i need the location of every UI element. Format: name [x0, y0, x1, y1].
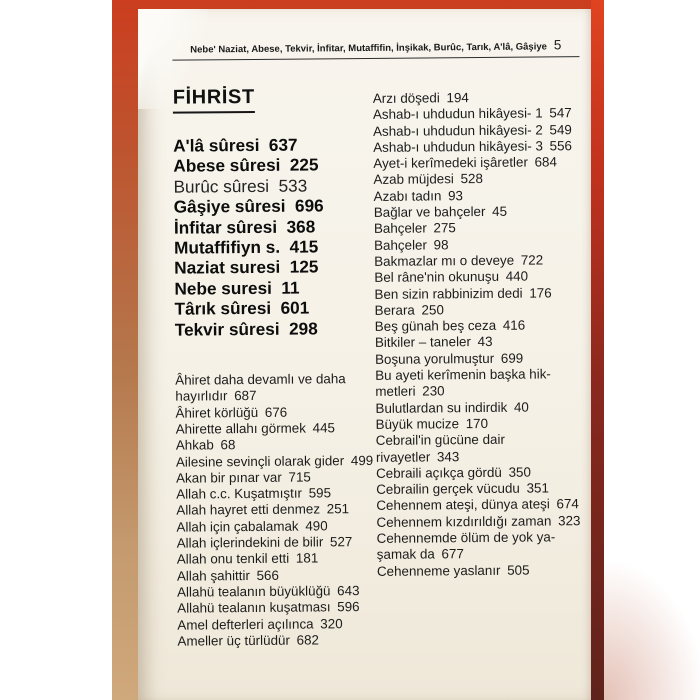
surah-page-number: 225: [290, 155, 319, 175]
index-entry: Amel defterleri açılınca320: [177, 615, 375, 633]
index-entry: Allah c.c. Kuşatmıştır595: [176, 485, 374, 503]
index-columns: FİHRİST A'lâ sûresi637 Abese sûresi225 B…: [173, 83, 585, 650]
surah-page-number: 11: [281, 277, 299, 297]
surah-row: İnfitar sûresi368: [174, 216, 372, 238]
index-entry-page-number: 687: [234, 388, 256, 403]
index-entry-text: Ailesine sevinçli olarak gider: [176, 453, 344, 469]
index-entry: Cebraili açıkça gördü350: [376, 464, 588, 482]
index-entry-text: Ashab-ı uhdudun hikâyesi- 2: [373, 122, 543, 138]
surah-row: Naziat suresi125: [174, 256, 372, 278]
index-entry-text: Cehenneme yaslanır: [377, 562, 501, 578]
index-entry-page-number: 527: [330, 534, 352, 549]
index-entry-text: Azab müjdesi: [373, 172, 454, 188]
surah-row: Gâşiye sûresi696: [174, 195, 372, 217]
index-entry-text: Beş günah beş ceza: [375, 318, 496, 334]
surah-label: Abese sûresi: [173, 155, 280, 176]
index-entry-page-number: 320: [320, 616, 342, 631]
index-entry: Ameller üç türlüdür682: [177, 632, 375, 650]
index-entry: Büyük mucize170: [376, 415, 588, 433]
index-entry-page-number: 93: [448, 188, 463, 203]
index-entry-page-number: 566: [256, 567, 278, 582]
index-entry-text: Bahçeler: [374, 221, 427, 236]
index-entry: Allah içlerindekini de bilir527: [177, 534, 375, 552]
index-entry-text: Ashab-ı uhdudun hikâyesi- 3: [373, 138, 543, 154]
index-entry-text: Ahkab: [176, 438, 214, 453]
index-entry-page-number: 176: [529, 285, 551, 300]
surah-row: Abese sûresi225: [173, 154, 371, 176]
index-entry: Beş günah beş ceza416: [375, 317, 587, 335]
index-entry: Ahkab68: [176, 436, 374, 454]
index-entry-text: Allahü tealanın kuşatması: [177, 600, 330, 616]
surah-page-number: 415: [289, 236, 318, 256]
index-entry-page-number: 549: [549, 122, 571, 137]
photo-background: Nebe' Naziat, Abese, Tekvir, İnfitar, Mu…: [0, 0, 700, 700]
index-entry-text: Ayet-i kerîmedeki işâretler: [373, 155, 528, 171]
index-entry: Allahü tealanın kuşatması596: [177, 599, 375, 617]
index-entry-text: Bu ayeti kerîmenin başka hik-metleri: [375, 366, 551, 399]
index-entry: Ailesine sevinçli olarak gider499: [176, 452, 374, 470]
index-entries-left: Âhiret daha devamlı ve daha hayırlıdır68…: [175, 371, 375, 650]
cover-reflection: [604, 540, 700, 700]
index-entry: Cebrail'in gücüne dair rivayetler343: [376, 431, 588, 465]
index-entry: Âhiret daha devamlı ve daha hayırlıdır68…: [175, 371, 373, 405]
running-header-text: Nebe' Naziat, Abese, Tekvir, İnfitar, Mu…: [190, 41, 547, 55]
surah-row: Tekvir sûresi298: [175, 318, 373, 340]
index-entry: Azabı tadın93: [374, 187, 586, 205]
surah-label: Tekvir sûresi: [175, 318, 280, 339]
index-entry-text: Boşuna yorulmuştur: [375, 351, 494, 367]
index-entry-text: Ahirette allahı görmek: [176, 420, 306, 436]
index-entry-text: Amel defterleri açılınca: [177, 616, 313, 632]
index-entry: Bitkiler – taneler43: [375, 334, 587, 352]
index-entry-text: Allah şahittir: [177, 568, 250, 584]
index-entry-page-number: 275: [433, 221, 455, 236]
index-entry: Allah hayret etti denmez251: [176, 501, 374, 519]
index-entry-text: Cehennem kızdırıldığı zaman: [376, 513, 551, 530]
index-entry: Bahçeler98: [374, 236, 586, 254]
surah-row: Burûc sûresi533: [173, 175, 371, 197]
surah-label: Târık sûresi: [175, 298, 272, 319]
index-entry: Âhiret körlüğü676: [175, 404, 373, 422]
surah-label: Gâşiye sûresi: [174, 196, 286, 217]
index-entry: Akan bir pınar var715: [176, 469, 374, 487]
index-entry: Ayet-i kerîmedeki işâretler684: [373, 154, 585, 172]
fihrist-title: FİHRİST: [173, 86, 255, 114]
surah-page-number: 125: [290, 257, 319, 277]
index-entry-text: Bulutlardan su indirdik: [375, 399, 507, 415]
index-entry-page-number: 676: [265, 404, 287, 419]
index-entry: Azab müjdesi528: [373, 171, 585, 189]
index-entry: Cehenneme yaslanır505: [377, 562, 589, 580]
index-entry-text: Cehennemde ölüm de yok ya-şamak da: [377, 529, 556, 562]
surah-row: Nebe suresi11: [174, 277, 372, 299]
index-entry: Bahçeler275: [374, 219, 586, 237]
index-entry-page-number: 170: [466, 416, 488, 431]
surah-label: Mutaffifiyn s.: [174, 237, 280, 258]
index-entry: Allah için çabalamak490: [176, 518, 374, 536]
index-entry-page-number: 250: [421, 302, 443, 317]
index-entry-text: Bel râne'nin okunuşu: [374, 269, 499, 285]
surah-row: A'lâ sûresi637: [173, 134, 371, 156]
index-entry-page-number: 194: [446, 90, 468, 105]
index-entry: Allah şahittir566: [177, 567, 375, 585]
index-entry-text: Allah onu tenkil etti: [177, 551, 290, 567]
running-header: Nebe' Naziat, Abese, Tekvir, İnfitar, Mu…: [172, 37, 579, 61]
index-entry-page-number: 499: [351, 452, 373, 467]
index-entry-text: Ben sizin rabbinizim dedi: [374, 285, 522, 301]
index-entry-page-number: 682: [297, 632, 319, 647]
index-entry-page-number: 595: [309, 485, 331, 500]
index-entry-text: Büyük mucize: [376, 416, 459, 432]
book-cover: Nebe' Naziat, Abese, Tekvir, İnfitar, Mu…: [112, 0, 604, 700]
index-entry: Ahirette allahı görmek445: [176, 420, 374, 438]
surah-label: A'lâ sûresi: [173, 135, 259, 156]
index-entry-text: Bitkiler – taneler: [375, 335, 471, 351]
book-page: Nebe' Naziat, Abese, Tekvir, İnfitar, Mu…: [138, 9, 591, 700]
index-entry: Ashab-ı uhdudun hikâyesi- 1547: [373, 105, 585, 123]
index-entry-page-number: 350: [508, 464, 530, 479]
index-entry-page-number: 351: [526, 481, 548, 496]
index-entry-page-number: 643: [337, 583, 359, 598]
index-entry-text: Cebraili açıkça gördü: [376, 465, 502, 481]
index-entry-text: Âhiret körlüğü: [175, 405, 258, 421]
index-entry: Ashab-ı uhdudun hikâyesi- 2549: [373, 122, 585, 140]
index-entry: Arzı döşedi194: [373, 89, 585, 107]
surah-page-number: 533: [278, 175, 307, 195]
index-entry-page-number: 45: [492, 204, 507, 219]
index-entry-text: Allah c.c. Kuşatmıştır: [176, 486, 302, 502]
index-entry: Bakmazlar mı o deveye722: [374, 252, 586, 270]
index-entry-text: Bağlar ve bahçeler: [374, 204, 486, 220]
index-entry-page-number: 68: [220, 437, 235, 452]
index-entry-page-number: 43: [478, 334, 493, 349]
index-entry-page-number: 715: [288, 469, 310, 484]
index-entry-text: Bahçeler: [374, 237, 427, 252]
surah-label: Burûc sûresi: [173, 176, 269, 197]
surah-page-number: 601: [280, 298, 309, 318]
index-entry: Cebrailin gerçek vücudu351: [376, 480, 588, 498]
index-entry-page-number: 230: [422, 384, 444, 399]
index-entry-page-number: 445: [313, 420, 335, 435]
surah-page-number: 696: [295, 196, 324, 216]
index-entry: Bağlar ve bahçeler45: [374, 203, 586, 221]
surah-page-number: 298: [289, 318, 318, 338]
index-entry-page-number: 181: [296, 551, 318, 566]
index-entry-page-number: 40: [514, 399, 529, 414]
header-page-number: 5: [554, 37, 562, 52]
index-entry-page-number: 251: [327, 502, 349, 517]
index-entry-page-number: 440: [506, 269, 528, 284]
index-entry-text: Ameller üç türlüdür: [177, 632, 290, 648]
index-entry-text: Bakmazlar mı o deveye: [374, 253, 514, 269]
index-entry: Cehennemde ölüm de yok ya-şamak da677: [377, 529, 589, 563]
index-entry-page-number: 343: [437, 449, 459, 464]
surah-label: İnfitar sûresi: [174, 216, 277, 237]
index-entry-page-number: 699: [501, 350, 523, 365]
index-entry-text: Allahü tealanın büyüklüğü: [177, 583, 331, 599]
index-entry: Ben sizin rabbinizim dedi176: [374, 285, 586, 303]
index-entry-page-number: 722: [521, 252, 543, 267]
page-content: Nebe' Naziat, Abese, Tekvir, İnfitar, Mu…: [138, 7, 597, 700]
index-entry-text: Allah hayret etti denmez: [176, 502, 320, 518]
index-entry-text: Azabı tadın: [374, 188, 442, 204]
index-entry-text: Âhiret daha devamlı ve daha hayırlıdır: [175, 371, 346, 404]
index-entry: Cehennem kızdırıldığı zaman323: [376, 513, 588, 531]
index-entry-text: Cehennem ateşi, dünya ateşi: [376, 497, 550, 514]
index-entry-text: Akan bir pınar var: [176, 470, 282, 486]
index-entry-page-number: 416: [503, 318, 525, 333]
index-entry-page-number: 547: [549, 105, 571, 120]
index-entry-text: Berara: [375, 302, 415, 317]
index-entry-text: Arzı döşedi: [373, 90, 440, 106]
surah-page-number: 368: [286, 216, 315, 236]
index-entry-text: Allah için çabalamak: [176, 518, 298, 534]
surah-label: Nebe suresi: [174, 278, 272, 299]
index-entry: Cehennem ateşi, dünya ateşi674: [376, 496, 588, 514]
index-column-right: Arzı döşedi194 Ashab-ı uhdudun hikâyesi-…: [373, 83, 590, 648]
index-entry-text: Allah içlerindekini de bilir: [177, 534, 324, 550]
index-entry: Allahü tealanın büyüklüğü643: [177, 583, 375, 601]
surah-label: Naziat suresi: [174, 257, 280, 278]
index-entry: Bel râne'nin okunuşu440: [374, 268, 586, 286]
index-entry: Bu ayeti kerîmenin başka hik-metleri230: [375, 366, 587, 400]
index-entry-page-number: 98: [434, 237, 449, 252]
index-entry: Berara250: [375, 301, 587, 319]
surah-row: Mutaffifiyn s.415: [174, 236, 372, 258]
index-entry: Ashab-ı uhdudun hikâyesi- 3556: [373, 138, 585, 156]
index-entry: Boşuna yorulmuştur699: [375, 350, 587, 368]
index-entry-page-number: 556: [550, 138, 572, 153]
surah-list: A'lâ sûresi637 Abese sûresi225 Burûc sûr…: [173, 134, 373, 340]
index-entry-page-number: 505: [507, 562, 529, 577]
index-entry-page-number: 674: [556, 497, 578, 512]
surah-row: Târık sûresi601: [175, 297, 373, 319]
index-entry-page-number: 684: [535, 155, 557, 170]
index-entry: Allah onu tenkil etti181: [177, 550, 375, 568]
index-entry-page-number: 323: [558, 513, 580, 528]
index-entry: Bulutlardan su indirdik40: [375, 399, 587, 417]
index-entry-page-number: 596: [337, 599, 359, 614]
index-entry-page-number: 490: [305, 518, 327, 533]
index-entry-page-number: 677: [441, 546, 463, 561]
index-entry-text: Cebrailin gerçek vücudu: [376, 481, 520, 497]
index-column-left: FİHRİST A'lâ sûresi637 Abese sûresi225 B…: [173, 85, 376, 650]
surah-page-number: 637: [269, 135, 298, 155]
index-entry-text: Ashab-ı uhdudun hikâyesi- 1: [373, 106, 543, 122]
index-entry-page-number: 528: [461, 171, 483, 186]
